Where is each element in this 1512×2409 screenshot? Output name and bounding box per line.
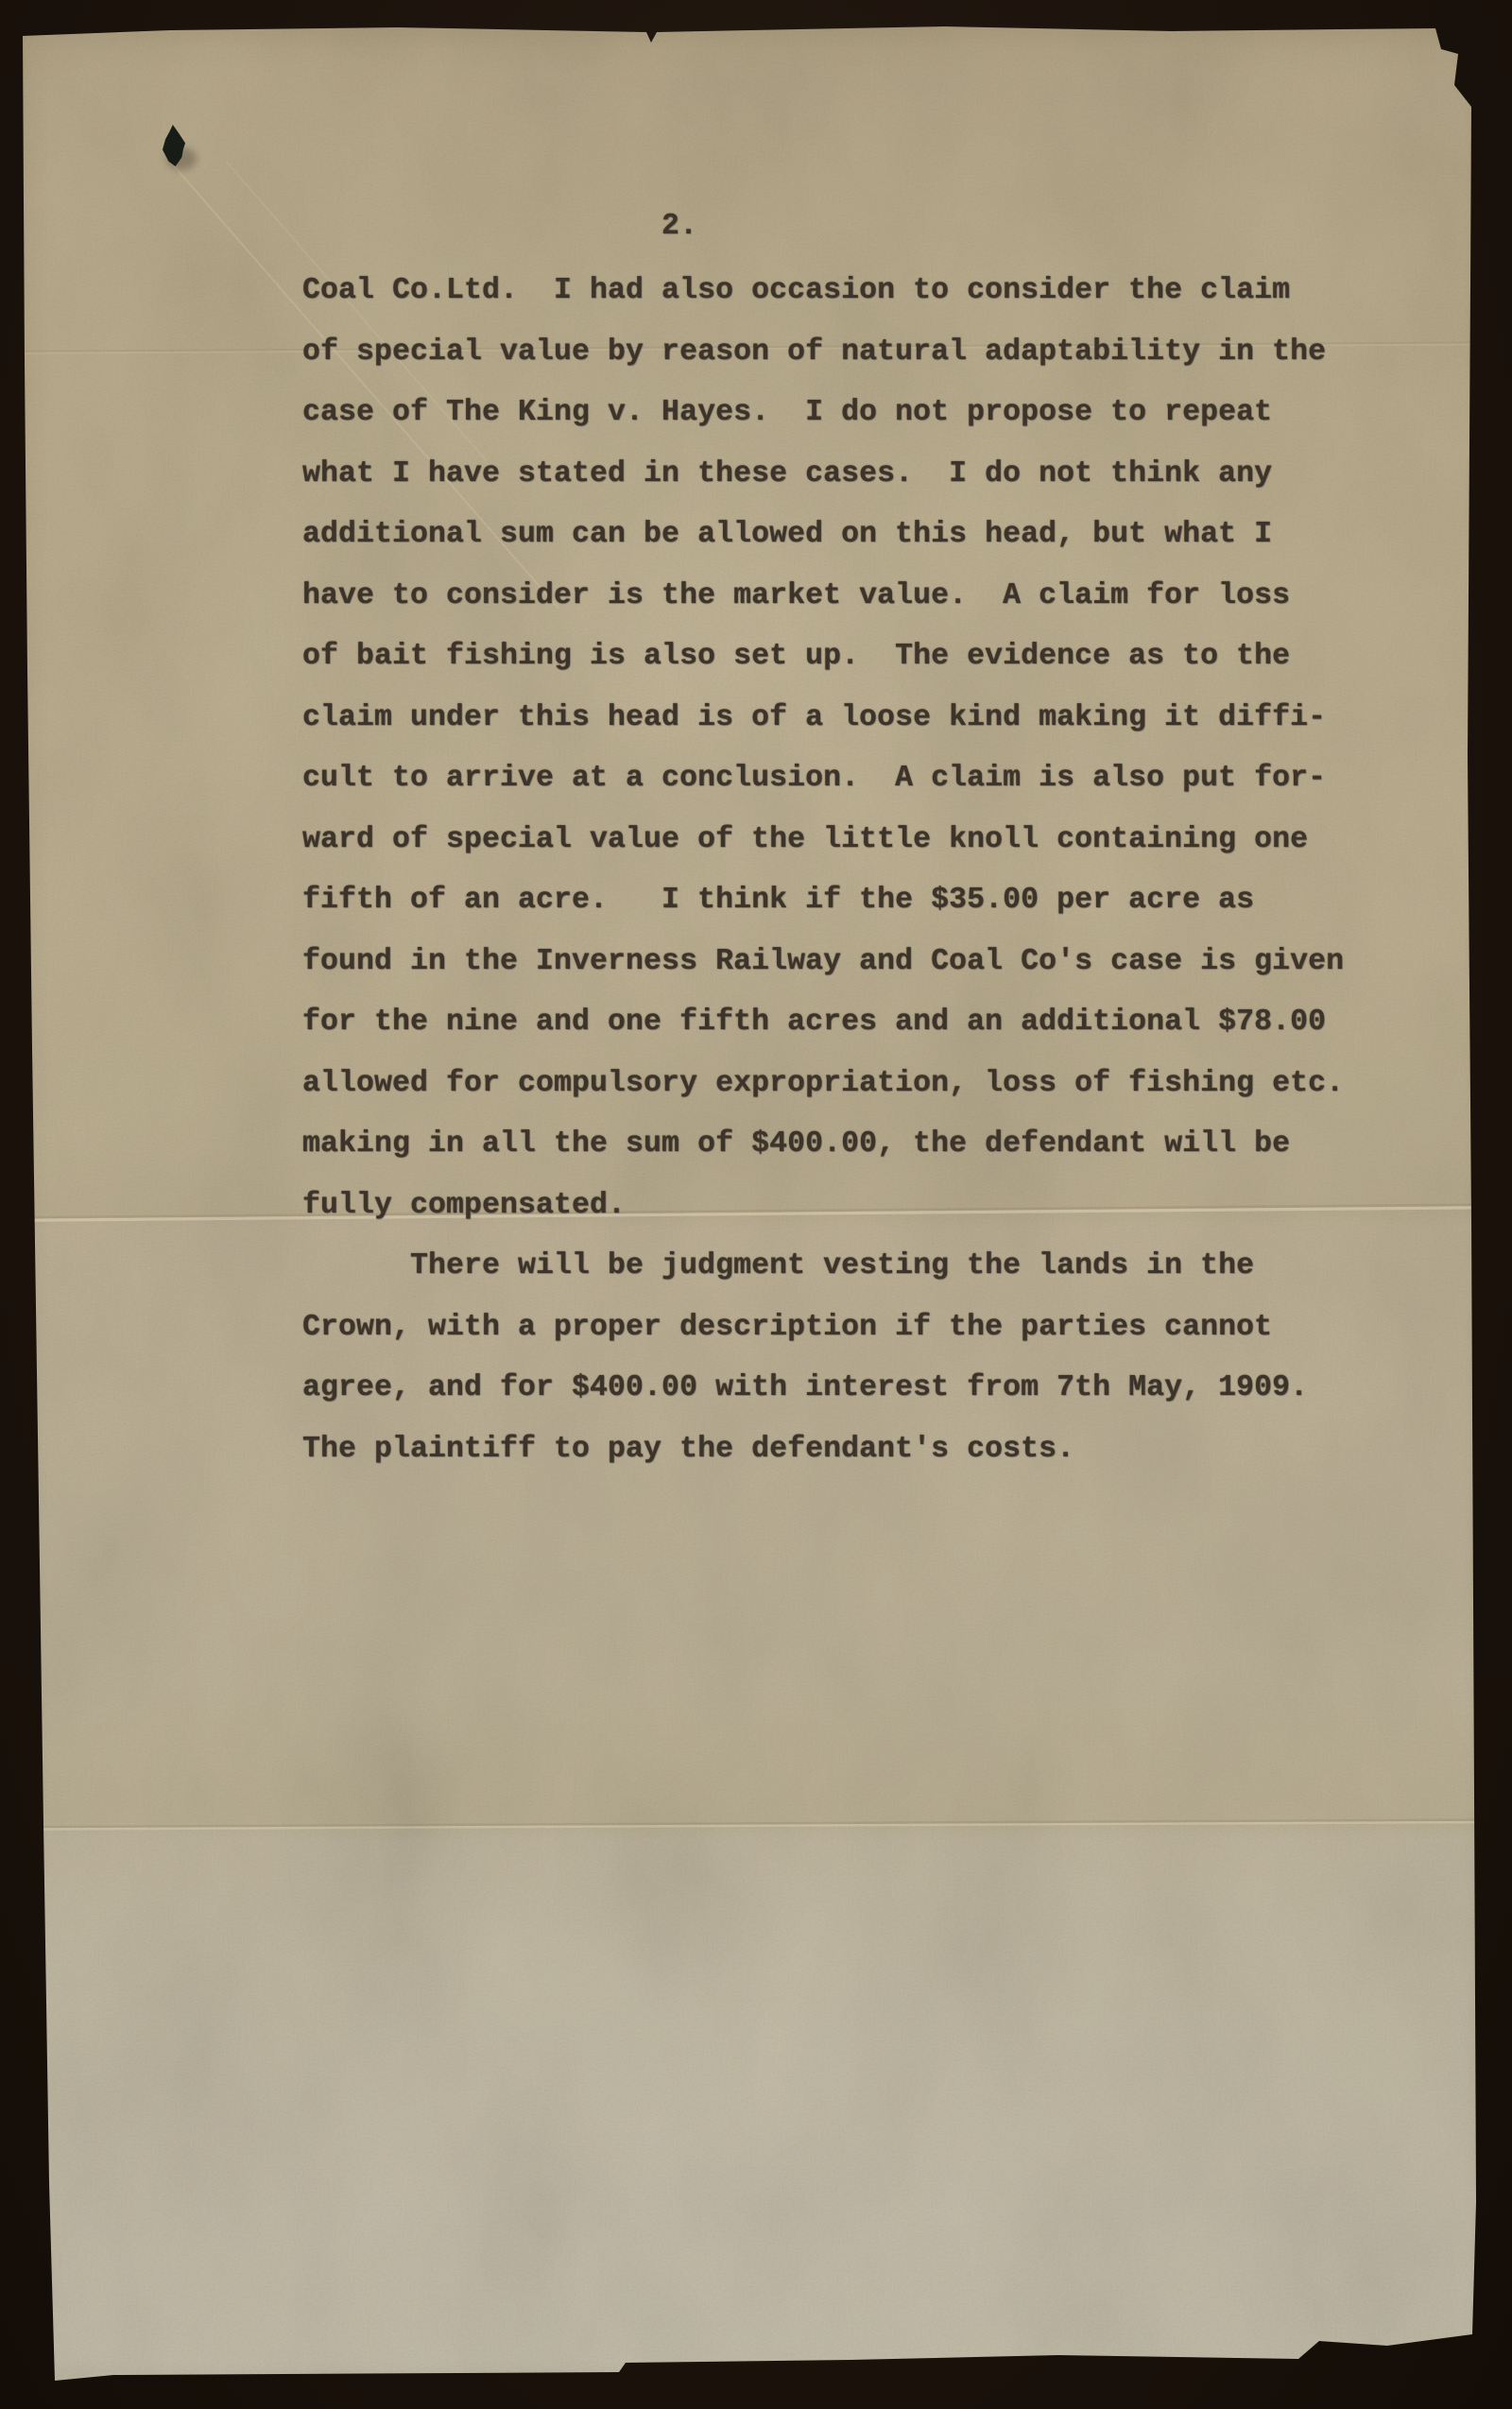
text-line: of special value by reason of natural ad… <box>302 322 1344 384</box>
text-line: cult to arrive at a conclusion. A claim … <box>302 749 1344 810</box>
text-line: There will be judgment vesting the lands… <box>302 1236 1344 1298</box>
text-line: what I have stated in these cases. I do … <box>302 444 1344 506</box>
text-line: allowed for compulsory expropriation, lo… <box>302 1054 1344 1115</box>
text-line: of bait fishing is also set up. The evid… <box>302 627 1344 688</box>
text-line: Coal Co.Ltd. I had also occasion to cons… <box>302 261 1344 322</box>
text-line: agree, and for $400.00 with interest fro… <box>302 1358 1344 1420</box>
text-line: found in the Inverness Railway and Coal … <box>302 932 1344 993</box>
text-line: fully compensated. <box>302 1176 1344 1237</box>
text-line: case of The King v. Hayes. I do not prop… <box>302 383 1344 444</box>
typed-text: Coal Co.Ltd. I had also occasion to cons… <box>302 261 1344 1480</box>
text-line: making in all the sum of $400.00, the de… <box>302 1114 1344 1176</box>
text-line: additional sum can be allowed on this he… <box>302 505 1344 566</box>
text-line: The plaintiff to pay the defendant's cos… <box>302 1420 1344 1481</box>
text-line: ward of special value of the little knol… <box>302 810 1344 871</box>
text-line: Crown, with a proper description if the … <box>302 1298 1344 1359</box>
scan-background: 2. Coal Co.Ltd. I had also occasion to c… <box>0 0 1512 2409</box>
text-line: have to consider is the market value. A … <box>302 566 1344 628</box>
text-line: fifth of an acre. I think if the $35.00 … <box>302 870 1344 932</box>
text-line: for the nine and one fifth acres and an … <box>302 992 1344 1054</box>
page-number: 2. <box>661 212 697 242</box>
text-line: claim under this head is of a loose kind… <box>302 688 1344 749</box>
